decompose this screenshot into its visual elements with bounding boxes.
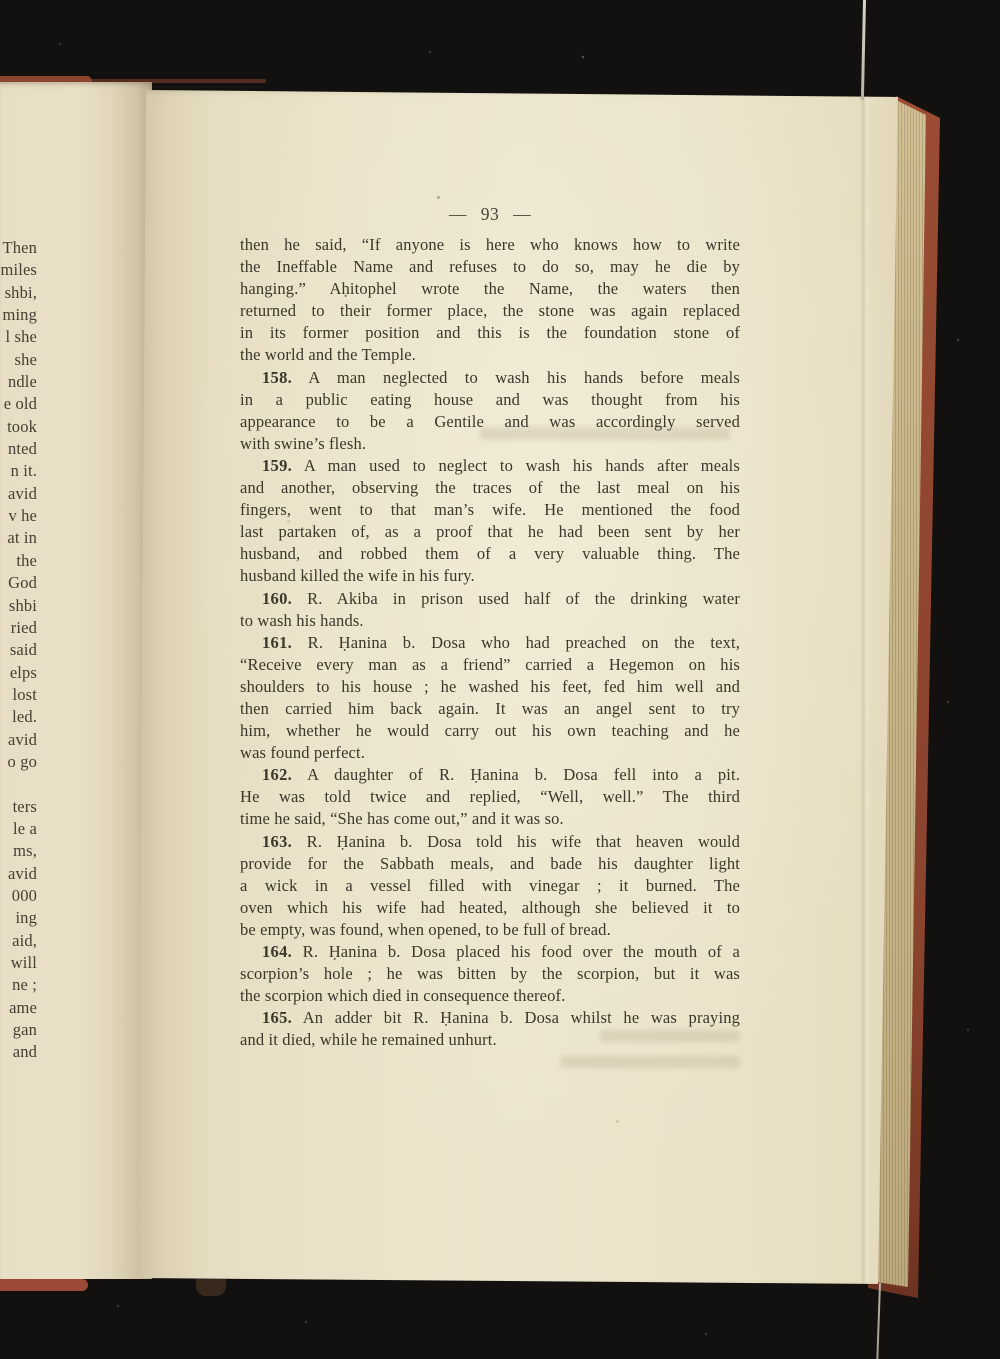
left-page-fragment-line: lost (0, 684, 37, 706)
text-line: in a public eating house and was thought… (240, 389, 740, 411)
left-page-fragment-line (0, 773, 37, 795)
holding-string-top (861, 0, 866, 100)
text-block: then he said, “If anyone is here who kno… (240, 234, 740, 1051)
left-page-fragment-line: ried (0, 617, 37, 639)
text-line: a wick in a vessel filled with vinegar ;… (240, 875, 740, 897)
left-page-fragment-line: took (0, 416, 37, 438)
text-line: husband killed the wife in his fury. (240, 565, 740, 587)
left-page-text-fragments: Thenmilesshbi,mingl sheshendlee oldtookn… (0, 237, 37, 1064)
text-line: 164. R. Ḥanina b. Dosa placed his food o… (240, 941, 740, 963)
left-page-fragment-line: ame (0, 997, 37, 1019)
left-page-fragment-line: at in (0, 527, 37, 549)
paragraph-number: 161. (262, 633, 292, 652)
paragraph-number: 164. (262, 942, 292, 961)
left-page-fragment-line: elps (0, 662, 37, 684)
text-line: with swine’s flesh. (240, 433, 740, 455)
text-line: in its former position and this is the f… (240, 322, 740, 344)
paper-speck (437, 196, 440, 199)
left-page-fragment-line: ms, (0, 840, 37, 862)
text-line: to wash his hands. (240, 610, 740, 632)
text-line: be empty, was found, when opened, to be … (240, 919, 740, 941)
text-line: hanging.” Aḥitophel wrote the Name, the … (240, 278, 740, 300)
text-line: 159. A man used to neglect to wash his h… (240, 455, 740, 477)
paragraph-number: 162. (262, 765, 292, 784)
left-page-fragment-line: God (0, 572, 37, 594)
text-line: him, whether he would carry out his own … (240, 720, 740, 742)
text-line: shoulders to his house ; he washed his f… (240, 676, 740, 698)
page-crease (860, 86, 870, 1288)
left-page-fragment-line: Then (0, 237, 37, 259)
left-page-fragment-line: avid (0, 729, 37, 751)
text-line: oven which his wife had heated, although… (240, 897, 740, 919)
left-page-fragment-line: e old (0, 393, 37, 415)
text-line: 162. A daughter of R. Ḥanina b. Dosa fel… (240, 764, 740, 786)
left-page-fragment-line: ndle (0, 371, 37, 393)
text-line: appearance to be a Gentile and was accor… (240, 411, 740, 433)
left-page-fragment-line: aid, (0, 930, 37, 952)
left-page-fragment-line: l she (0, 326, 37, 348)
binding-shadow (196, 1279, 226, 1296)
text-line: He was told twice and replied, “Well, we… (240, 786, 740, 808)
text-line: fingers, went to that man’s wife. He men… (240, 499, 740, 521)
paragraph-number: 159. (262, 456, 292, 475)
left-page-fragment-line: 000 (0, 885, 37, 907)
page-number: — 93 — (240, 204, 740, 225)
left-page-fragment-line: gan (0, 1019, 37, 1041)
left-page-fragment-line: ming (0, 304, 37, 326)
text-line: then carried him back again. It was an a… (240, 698, 740, 720)
text-line: the scorpion which died in consequence t… (240, 985, 740, 1007)
book-cover-bottom-left-edge (0, 1279, 88, 1291)
left-page-fragment-line: o go (0, 751, 37, 773)
text-line: 163. R. Ḥanina b. Dosa told his wife tha… (240, 831, 740, 853)
text-line: was found perfect. (240, 742, 740, 764)
text-line: scorpion’s hole ; he was bitten by the s… (240, 963, 740, 985)
left-page-fragment-line: shbi, (0, 282, 37, 304)
left-page-fragment-line: shbi (0, 595, 37, 617)
paper-speck (616, 1120, 619, 1123)
left-page-fragment-line: le a (0, 818, 37, 840)
text-line: the world and the Temple. (240, 344, 740, 366)
text-line: time he said, “She has come out,” and it… (240, 808, 740, 830)
text-line: last partaken of, as a proof that he had… (240, 521, 740, 543)
show-through-smudge (560, 1056, 740, 1068)
paragraph-number: 160. (262, 589, 292, 608)
text-line: 158. A man neglected to wash his hands b… (240, 367, 740, 389)
left-page-fragment-line: miles (0, 259, 37, 281)
left-page-fragment-line: the (0, 550, 37, 572)
left-page-fragment-line: nted (0, 438, 37, 460)
left-page-fragment-line: v he (0, 505, 37, 527)
left-page-fragment-line: she (0, 349, 37, 371)
left-page-fragment-line: led. (0, 706, 37, 728)
left-page-fragment-line: said (0, 639, 37, 661)
book-scan-photo: — 93 — then he said, “If anyone is here … (0, 0, 1000, 1359)
left-page-fragment-line: ters (0, 796, 37, 818)
paragraph-number: 165. (262, 1008, 292, 1027)
left-page-fragment-line: ing (0, 907, 37, 929)
left-page-fragment-line: avid (0, 863, 37, 885)
text-line: and another, observing the traces of the… (240, 477, 740, 499)
left-page-fragment-line: n it. (0, 460, 37, 482)
text-line: then he said, “If anyone is here who kno… (240, 234, 740, 256)
left-page-fragment-line: and (0, 1041, 37, 1063)
text-line: “Receive every man as a friend” carried … (240, 654, 740, 676)
left-page-fragment-line: will (0, 952, 37, 974)
holding-string-bottom (876, 1283, 881, 1359)
text-line: 161. R. Ḥanina b. Dosa who had preached … (240, 632, 740, 654)
text-line: husband, and robbed them of a very valua… (240, 543, 740, 565)
left-page-fragment-line: avid (0, 483, 37, 505)
text-line: 160. R. Akiba in prison used half of the… (240, 588, 740, 610)
text-line: returned to their former place, the ston… (240, 300, 740, 322)
paragraph-number: 158. (262, 368, 292, 387)
left-page-fragment-line: ne ; (0, 974, 37, 996)
text-line: the Ineffable Name and refuses to do so,… (240, 256, 740, 278)
text-line: provide for the Sabbath meals, and bade … (240, 853, 740, 875)
text-line: 165. An adder bit R. Ḥanina b. Dosa whil… (240, 1007, 740, 1029)
paragraph-number: 163. (262, 832, 292, 851)
text-line: and it died, while he remained unhurt. (240, 1029, 740, 1051)
